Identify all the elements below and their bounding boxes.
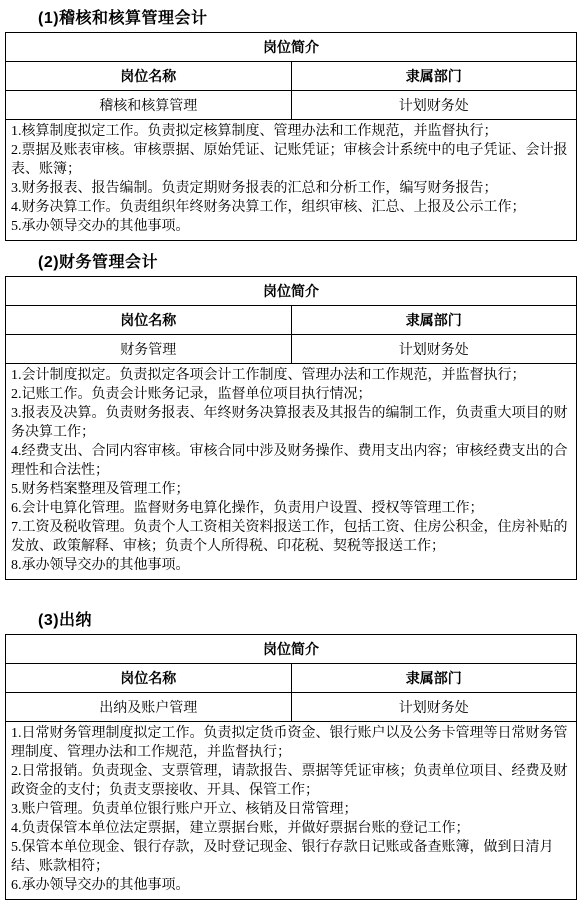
duty-item: 6.承办领导交办的其他事项。 bbox=[11, 876, 571, 895]
table-title: 岗位简介 bbox=[6, 33, 577, 62]
department-header: 隶属部门 bbox=[291, 306, 577, 335]
position-name-header: 岗位名称 bbox=[6, 306, 292, 335]
duty-item: 3.财务报表、报告编制。负责定期财务报表的汇总和分析工作，编写财务报告； bbox=[11, 179, 571, 198]
duty-item: 4.经费支出、合同内容审核。审核合同中涉及财务操作、费用支出内容；审核经费支出的… bbox=[11, 442, 571, 480]
job-intro-table-1: 岗位简介 岗位名称 隶属部门 稽核和核算管理 计划财务处 1.核算制度拟定工作。… bbox=[5, 32, 577, 241]
table-row: 1.日常财务管理制度拟定工作。负责拟定货币资金、银行账户以及公务卡管理等日常财务… bbox=[6, 722, 577, 900]
duty-item: 5.保管本单位现金、银行存款，及时登记现金、银行存款日记账或备查账簿，做到日清月… bbox=[11, 838, 571, 876]
duty-item: 6.会计电算化管理。监督财务电算化操作，负责用户设置、授权等管理工作； bbox=[11, 499, 571, 518]
job-intro-table-2: 岗位简介 岗位名称 隶属部门 财务管理 计划财务处 1.会计制度拟定。负责拟定各… bbox=[5, 276, 577, 580]
table-row: 岗位名称 隶属部门 bbox=[6, 664, 577, 693]
department-header: 隶属部门 bbox=[291, 664, 577, 693]
table-title: 岗位简介 bbox=[6, 635, 577, 664]
position-name-value: 财务管理 bbox=[6, 335, 292, 364]
position-name-header: 岗位名称 bbox=[6, 62, 292, 91]
duty-item: 5.财务档案整理及管理工作； bbox=[11, 480, 571, 499]
table-row: 1.会计制度拟定。负责拟定各项会计工作制度、管理办法和工作规范，并监督执行； 2… bbox=[6, 364, 577, 580]
duty-item: 1.日常财务管理制度拟定工作。负责拟定货币资金、银行账户以及公务卡管理等日常财务… bbox=[11, 724, 571, 762]
table-row: 财务管理 计划财务处 bbox=[6, 335, 577, 364]
position-name-header: 岗位名称 bbox=[6, 664, 292, 693]
table-title: 岗位简介 bbox=[6, 277, 577, 306]
duty-item: 8.承办领导交办的其他事项。 bbox=[11, 556, 571, 575]
duty-item: 1.核算制度拟定工作。负责拟定核算制度、管理办法和工作规范，并监督执行； bbox=[11, 122, 571, 141]
department-value: 计划财务处 bbox=[291, 335, 577, 364]
table-row: 岗位简介 bbox=[6, 277, 577, 306]
section-financial-management: (2)财务管理会计 岗位简介 岗位名称 隶属部门 财务管理 计划财务处 1.会计… bbox=[0, 249, 582, 580]
department-header: 隶属部门 bbox=[291, 62, 577, 91]
table-row: 岗位名称 隶属部门 bbox=[6, 62, 577, 91]
department-value: 计划财务处 bbox=[291, 693, 577, 722]
duties-cell: 1.会计制度拟定。负责拟定各项会计工作制度、管理办法和工作规范，并监督执行； 2… bbox=[6, 364, 577, 580]
duty-item: 1.会计制度拟定。负责拟定各项会计工作制度、管理办法和工作规范，并监督执行； bbox=[11, 366, 571, 385]
department-value: 计划财务处 bbox=[291, 91, 577, 120]
table-row: 出纳及账户管理 计划财务处 bbox=[6, 693, 577, 722]
table-row: 稽核和核算管理 计划财务处 bbox=[6, 91, 577, 120]
section-cashier: (3)出纳 岗位简介 岗位名称 隶属部门 出纳及账户管理 计划财务处 1.日常财… bbox=[0, 607, 582, 900]
section-3-heading: (3)出纳 bbox=[38, 607, 582, 630]
position-name-value: 出纳及账户管理 bbox=[6, 693, 292, 722]
duty-item: 2.日常报销。负责现金、支票管理，请款报告、票据等凭证审核；负责单位项目、经费及… bbox=[11, 762, 571, 800]
job-intro-table-3: 岗位简介 岗位名称 隶属部门 出纳及账户管理 计划财务处 1.日常财务管理制度拟… bbox=[5, 634, 577, 900]
duty-item: 4.财务决算工作。负责组织年终财务决算工作，组织审核、汇总、上报及公示工作； bbox=[11, 198, 571, 217]
duty-item: 3.账户管理。负责单位银行账户开立、核销及日常管理； bbox=[11, 800, 571, 819]
duties-cell: 1.日常财务管理制度拟定工作。负责拟定货币资金、银行账户以及公务卡管理等日常财务… bbox=[6, 722, 577, 900]
duty-item: 2.记账工作。负责会计账务记录，监督单位项目执行情况； bbox=[11, 385, 571, 404]
table-row: 岗位简介 bbox=[6, 635, 577, 664]
table-row: 岗位简介 bbox=[6, 33, 577, 62]
duties-cell: 1.核算制度拟定工作。负责拟定核算制度、管理办法和工作规范，并监督执行； 2.票… bbox=[6, 120, 577, 241]
position-name-value: 稽核和核算管理 bbox=[6, 91, 292, 120]
table-row: 1.核算制度拟定工作。负责拟定核算制度、管理办法和工作规范，并监督执行； 2.票… bbox=[6, 120, 577, 241]
section-1-heading: (1)稽核和核算管理会计 bbox=[38, 5, 582, 28]
duty-item: 5.承办领导交办的其他事项。 bbox=[11, 217, 571, 236]
section-2-heading: (2)财务管理会计 bbox=[38, 249, 582, 272]
table-row: 岗位名称 隶属部门 bbox=[6, 306, 577, 335]
section-audit-accounting: (1)稽核和核算管理会计 岗位简介 岗位名称 隶属部门 稽核和核算管理 计划财务… bbox=[0, 5, 582, 241]
duty-item: 2.票据及账表审核。审核票据、原始凭证、记账凭证；审核会计系统中的电子凭证、会计… bbox=[11, 141, 571, 179]
duty-item: 4.负责保管本单位法定票据，建立票据台账，并做好票据台账的登记工作； bbox=[11, 819, 571, 838]
duty-item: 7.工资及税收管理。负责个人工资相关资料报送工作，包括工资、住房公积金，住房补贴… bbox=[11, 518, 571, 556]
duty-item: 3.报表及决算。负责财务报表、年终财务决算报表及其报告的编制工作，负责重大项目的… bbox=[11, 404, 571, 442]
